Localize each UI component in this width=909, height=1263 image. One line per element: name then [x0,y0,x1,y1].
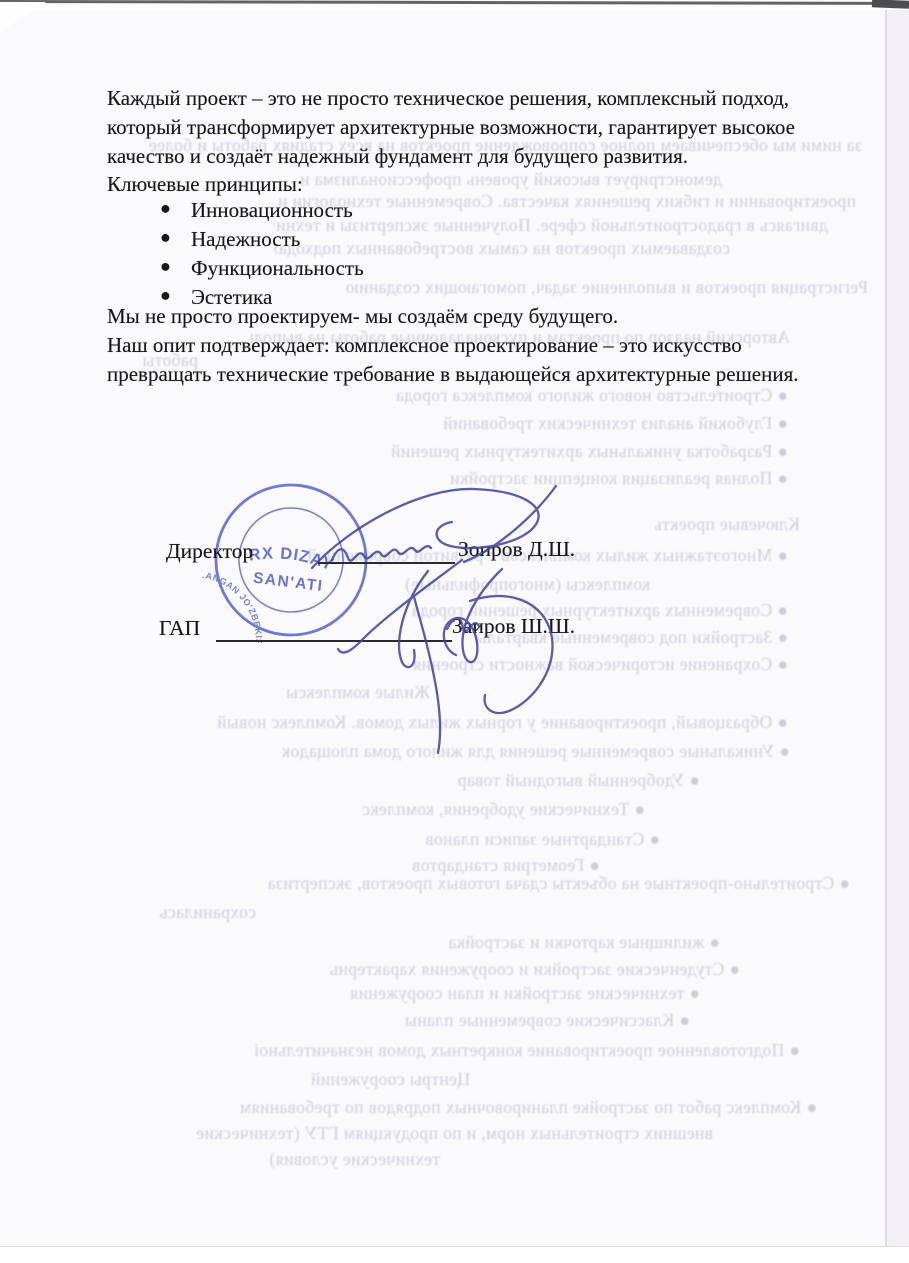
pen-signatures [280,460,600,780]
principle-label: Функциональность [191,256,364,281]
principle-label: Инновационность [191,198,353,223]
bleed-through-line: сохранилась [136,903,256,922]
paragraph1-line1: Каждый проект – это не просто техническо… [107,86,789,111]
paragraph2-line1: Мы не просто проектируем- мы создаём сре… [107,304,618,329]
bleed-through-line: ● Технические удобрения, комплекс [358,800,645,819]
bleed-through-line: двигаясь в градостроительной сфере. Полу… [274,216,828,235]
director-signature [332,546,431,560]
bleed-through-line: Центры сооружений [280,1070,470,1089]
bleed-through-line: ● Геометрия стандартов [330,856,600,875]
principle-label: Надежность [191,227,300,252]
bullet-icon: ● [160,198,171,219]
bleed-through-line: ● Стандартные записи планов [390,830,660,849]
bullet-icon: ● [160,227,171,248]
bleed-through-line: ● жилищные карточки и застройка [390,933,720,952]
bullet-icon: ● [160,256,171,277]
scanned-document-page: за ними мы обеспечиваем полное сопровожд… [0,0,909,1263]
gap-signature-left-arc [399,571,428,667]
bleed-through-line: ● Разработка уникальных архитектурных ре… [323,442,788,461]
director-title: Директор [166,539,253,564]
bleed-through-line: ● Комплекс работ по застройке планировоч… [140,1098,817,1117]
bleed-through-line: Ключевые проекты: [655,515,800,534]
gap-signature-loop [444,569,502,662]
bleed-through-line: внешних строительных норм, и по продукци… [90,1124,713,1143]
gap-signature-tail [414,597,440,753]
director-signature-loop [312,489,539,568]
paragraph1-line2: который трансформирует архитектурные воз… [107,115,795,140]
bleed-through-line: демонстрирует высокий уровень профессион… [300,170,722,189]
bleed-through-line: ● Строительство нового жилого комплекса … [348,386,788,405]
bleed-through-line: ● Строительно-проектные на объекты сдача… [105,874,850,893]
gap-title: ГАП [159,616,200,641]
bleed-through-line: Регистрация проектов и выполнение задач,… [330,278,868,297]
gap-signature-arc [470,596,553,713]
bleed-through-line: ● Классические современные планы [390,1011,690,1030]
paragraph2-line3: превращать технические требование в выда… [107,362,798,387]
key-principles-label: Ключевые принципы: [107,172,303,197]
bleed-through-line: ● Подготовленное проектирование конкретн… [255,1041,800,1060]
paragraph2-line2: Наш опит подтверждает: комплексное проек… [107,333,742,358]
bleed-through-line: проектировании и гибких решениях качеств… [278,192,856,211]
bleed-through-line: ● Глубокий анализ технических требований [363,414,788,433]
director-signature-stroke [464,486,556,562]
bullet-icon: ● [160,285,171,306]
bleed-through-line: ● технические застройки и план сооружени… [350,984,700,1003]
bleed-through-line: ● Студенческие застройки и сооружения ха… [330,960,740,979]
bleed-through-line: технические условия) [243,1150,440,1169]
paragraph1-line3: качество и создаёт надежный фундамент дл… [107,144,688,169]
